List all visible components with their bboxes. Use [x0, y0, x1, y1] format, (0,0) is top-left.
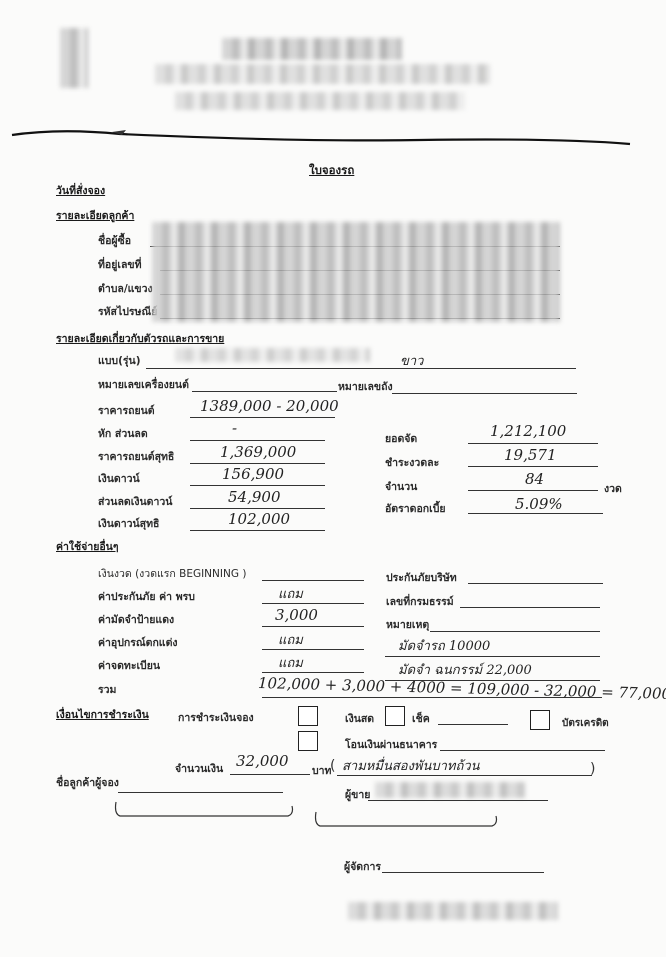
first-installment-label: เงินงวด (งวดแรก BEGINNING ) [98, 565, 246, 582]
term-unit: งวด [604, 480, 622, 497]
booking-date-label: วันที่สั่งจอง [56, 182, 105, 199]
chassis-number-label: หมายเลขถัง [338, 378, 393, 395]
baht-label: บาท [312, 762, 331, 779]
finance-amount-value: 1,212,100 [490, 422, 566, 440]
bank-transfer-field[interactable] [440, 750, 605, 751]
remark-line-2[interactable] [385, 680, 600, 681]
discount-value: - [232, 419, 237, 437]
bank-transfer-label: โอนเงินผ่านธนาคาร [345, 736, 437, 753]
down-discount-value: 54,900 [228, 488, 281, 506]
car-price-label: ราคารถยนต์ [98, 402, 155, 419]
cash-label: เงินสด [345, 710, 374, 727]
header-divider [0, 120, 666, 150]
net-price-label: ราคารถยนต์สุทธิ [98, 448, 174, 465]
model-color-value: ขาว [400, 350, 424, 371]
engine-number-field[interactable] [192, 391, 337, 392]
policy-number-label: เลขที่กรมธรรม์ [386, 593, 454, 610]
net-price-field[interactable] [190, 463, 325, 464]
insurer-field[interactable] [468, 583, 603, 584]
booking-payment-label: การชำระเงินจอง [178, 709, 254, 726]
first-installment-field[interactable] [262, 580, 364, 581]
net-down-field[interactable] [190, 530, 325, 531]
manager-signature-label: ผู้จัดการ [344, 858, 381, 875]
policy-number-field[interactable] [460, 607, 600, 608]
accessories-value: แถม [278, 629, 303, 650]
model-label: แบบ(รุ่น) [98, 352, 141, 369]
finance-amount-label: ยอดจัด [385, 430, 417, 447]
buyer-name-label: ชื่อผู้ซื้อ [98, 232, 131, 249]
interest-rate-label: อัตราดอกเบี้ย [385, 500, 446, 517]
customer-signature-label: ชื่อลูกค้าผู้จอง [56, 774, 119, 791]
model-value-redacted [175, 348, 370, 362]
manager-name-redacted [348, 902, 558, 920]
document-title: ใบจองรถ [309, 162, 354, 180]
net-down-label: เงินดาวน์สุทธิ [98, 515, 159, 532]
seller-signature-field[interactable] [368, 800, 548, 801]
company-name [222, 38, 402, 60]
credit-card-checkbox[interactable] [530, 710, 550, 730]
model-field[interactable] [146, 368, 576, 369]
company-logo [60, 28, 88, 88]
red-plate-deposit-label: ค่ามัดจำป้ายแดง [98, 611, 174, 628]
remark-value-2: มัดจำ ฉนกรรม์ 22,000 [398, 659, 532, 680]
customer-info-redacted [152, 222, 560, 322]
term-field[interactable] [468, 490, 598, 491]
company-address-line2 [175, 92, 465, 110]
car-price-value: 1389,000 - 20,000 [200, 397, 339, 415]
engine-number-label: หมายเลขเครื่องยนต์ [98, 376, 189, 393]
customer-section-heading: รายละเอียดลูกค้า [56, 207, 134, 224]
seller-signature-redacted [375, 782, 525, 798]
down-payment-label: เงินดาวน์ [98, 470, 140, 487]
remark-field[interactable] [430, 631, 600, 632]
payment-section-heading: เงื่อนไขการชำระเงิน [56, 706, 149, 723]
remark-label: หมายเหตุ [386, 616, 429, 633]
installment-value: 19,571 [504, 446, 557, 464]
cash-checkbox[interactable] [385, 706, 405, 726]
down-discount-field[interactable] [190, 508, 325, 509]
address-label: ที่อยู่เลขที่ [98, 256, 142, 273]
red-plate-deposit-field[interactable] [262, 626, 364, 627]
discount-label: หัก ส่วนลด [98, 425, 148, 442]
remark-line-1[interactable] [385, 656, 600, 657]
insurance-value: แถม [278, 583, 303, 604]
net-price-value: 1,369,000 [220, 443, 296, 461]
vehicle-section-heading: รายละเอียดเกี่ยวกับตัวรถและการขาย [56, 330, 224, 347]
amount-label: จำนวนเงิน [175, 760, 223, 777]
amount-field[interactable] [230, 774, 310, 775]
expenses-section-heading: ค่าใช้จ่ายอื่นๆ [56, 538, 119, 555]
seller-name-bracket [310, 808, 510, 830]
down-discount-label: ส่วนลดเงินดาวน์ [98, 493, 172, 510]
term-value: 84 [525, 470, 544, 488]
installment-label: ชำระงวดละ [385, 454, 439, 471]
registration-fee-label: ค่าจดทะเบียน [98, 657, 160, 674]
subdistrict-label: ตำบล/แขวง [98, 280, 153, 297]
term-label: จำนวน [385, 478, 417, 495]
registration-fee-value: แถม [278, 652, 303, 673]
credit-card-label: บัตรเครดิต [562, 716, 609, 731]
manager-signature-field[interactable] [382, 872, 544, 873]
interest-rate-value: 5.09% [515, 495, 563, 513]
total-label: รวม [98, 681, 116, 698]
chassis-number-field[interactable] [392, 393, 577, 394]
cheque-field[interactable] [438, 724, 508, 725]
bank-transfer-checkbox[interactable] [298, 731, 318, 751]
cheque-label: เช็ค [412, 710, 430, 727]
car-price-field[interactable] [190, 417, 335, 418]
down-payment-field[interactable] [190, 485, 325, 486]
interest-rate-field[interactable] [468, 513, 603, 514]
company-address-line1 [155, 64, 490, 84]
open-paren: ( [330, 758, 335, 774]
amount-value: 32,000 [236, 752, 289, 770]
postcode-label: รหัสไปรษณีย์ [98, 303, 157, 320]
discount-field[interactable] [190, 440, 325, 441]
insurance-label: ค่าประกันภัย ค่า พรบ [98, 588, 195, 605]
remark-value-1: มัดจำรถ 10000 [398, 635, 490, 656]
customer-signature-field[interactable] [118, 792, 283, 793]
customer-name-bracket [110, 798, 300, 820]
finance-amount-field[interactable] [468, 443, 598, 444]
amount-words-value: สามหมื่นสองพันบาทถ้วน [342, 755, 480, 776]
booking-payment-checkbox[interactable] [298, 706, 318, 726]
installment-field[interactable] [468, 466, 598, 467]
close-paren: ) [590, 761, 595, 777]
red-plate-deposit-value: 3,000 [275, 606, 318, 624]
accessories-label: ค่าอุปกรณ์ตกแต่ง [98, 634, 178, 651]
net-down-value: 102,000 [228, 510, 290, 528]
down-payment-value: 156,900 [222, 465, 284, 483]
seller-signature-label: ผู้ขาย [345, 786, 370, 803]
insurer-label: ประกันภัยบริษัท [386, 569, 457, 586]
